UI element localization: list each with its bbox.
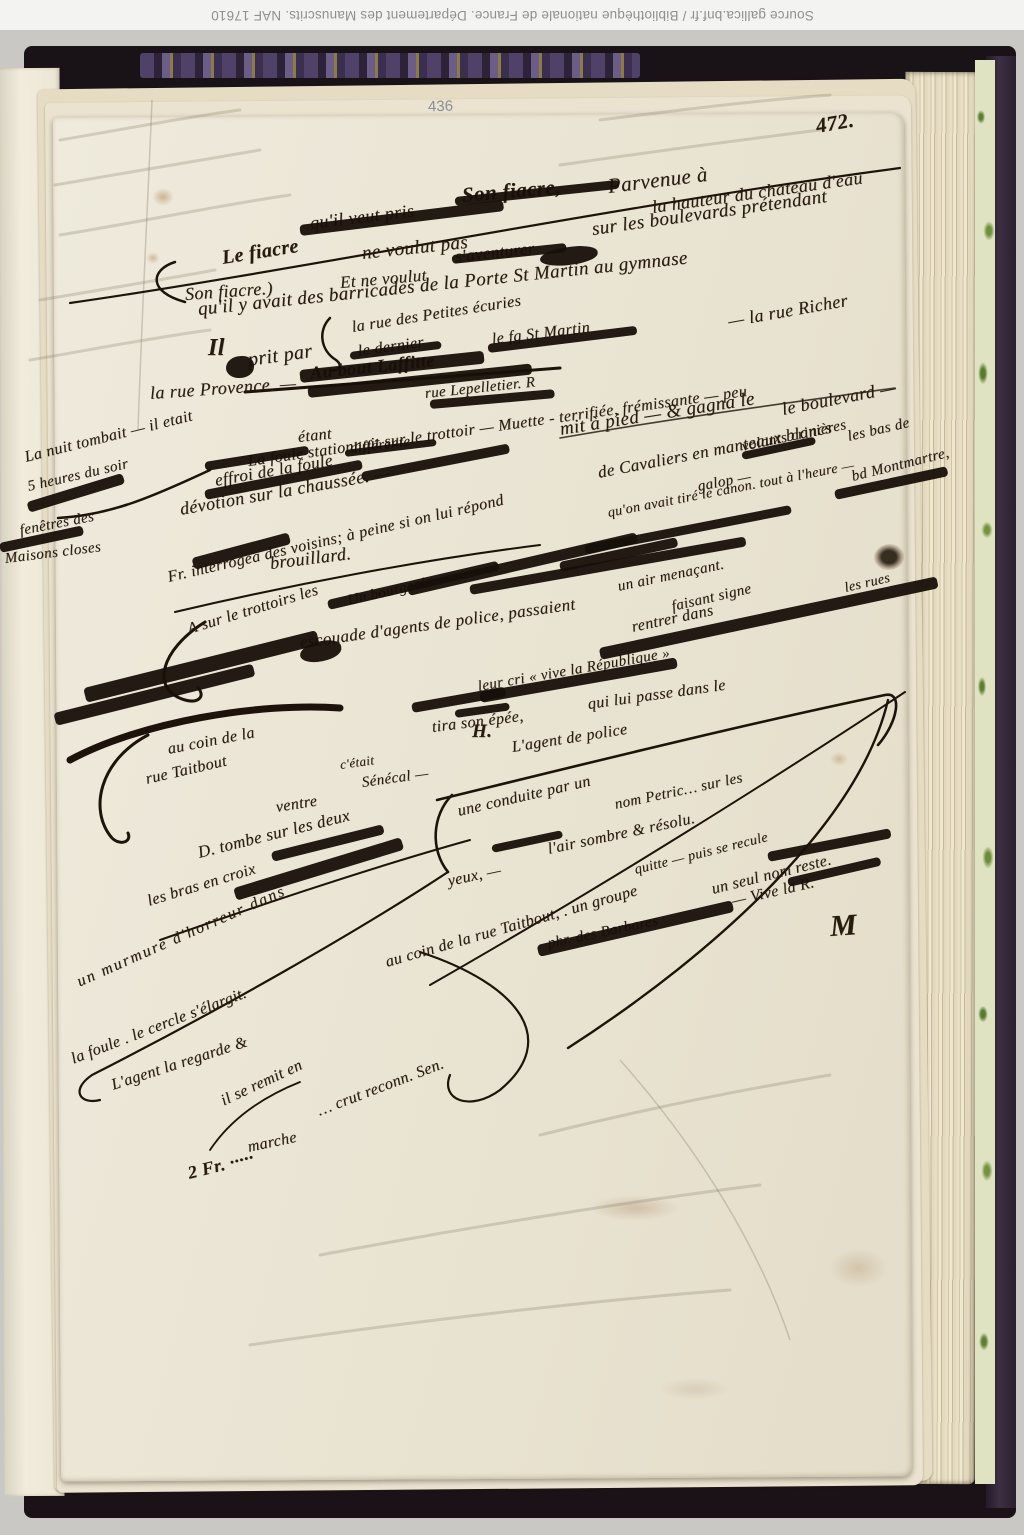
handwriting-fragment: ventre: [275, 794, 319, 816]
handwriting-fragment: yeux, —: [446, 863, 502, 890]
handwriting-fragment: au coin de la: [166, 725, 256, 758]
handwriting-fragment: l'air sombre & résolu.: [546, 811, 696, 858]
handwriting-fragment: nom Petric… sur les: [613, 771, 744, 813]
handwriting-fragment: Il: [208, 336, 225, 360]
handwriting-fragment: La nuit tombait — il etait: [23, 408, 194, 465]
handwriting-fragment: il se remit en: [219, 1058, 306, 1110]
handwriting-fragment: Le fiacre: [220, 236, 300, 268]
gallica-watermark: Source gallica.bnf.fr / Bibliothèque nat…: [0, 0, 1024, 30]
folio-number: 472.: [814, 109, 855, 136]
handwriting-fragment: marche: [246, 1130, 298, 1156]
handwriting-fragment: prit par: [247, 341, 314, 370]
handwriting-fragment: A sur le trottoirs les: [186, 583, 321, 638]
gallica-watermark-text: Source gallica.bnf.fr / Bibliothèque nat…: [211, 8, 814, 23]
ink-blot: [226, 356, 254, 378]
handwriting-fragment: le boulevard —: [780, 378, 897, 418]
handwriting-fragment: L'agent de police: [511, 722, 629, 756]
handwriting-fragment: qui lui passe dans le: [587, 678, 727, 713]
manuscript-scan: 436 472. Son fiacre, Parvenue à la haute…: [0, 0, 1024, 1535]
handwriting-fragment: une conduite par un: [456, 774, 592, 820]
handwriting-fragment: … crut reconn. Sen.: [315, 1056, 446, 1119]
handwriting-fragment: c'était: [339, 753, 375, 771]
ink-strikethrough: [83, 630, 319, 703]
handwriting-fragment: rue Taitbout: [144, 754, 228, 788]
library-stamp-number: 436: [428, 98, 454, 116]
handwriting-layer: 436 472. Son fiacre, Parvenue à la haute…: [0, 0, 1024, 1535]
handwriting-fragment: Sénécal —: [361, 767, 430, 791]
handwriting-fragment: 2 Fr. ·····: [186, 1148, 256, 1182]
handwriting-fragment: la rue Provence. —: [149, 374, 296, 402]
handwriting-fragment: — la rue Richer: [726, 291, 849, 330]
author-monogram: M: [829, 910, 858, 942]
handwriting-fragment: les bas de: [846, 416, 911, 445]
